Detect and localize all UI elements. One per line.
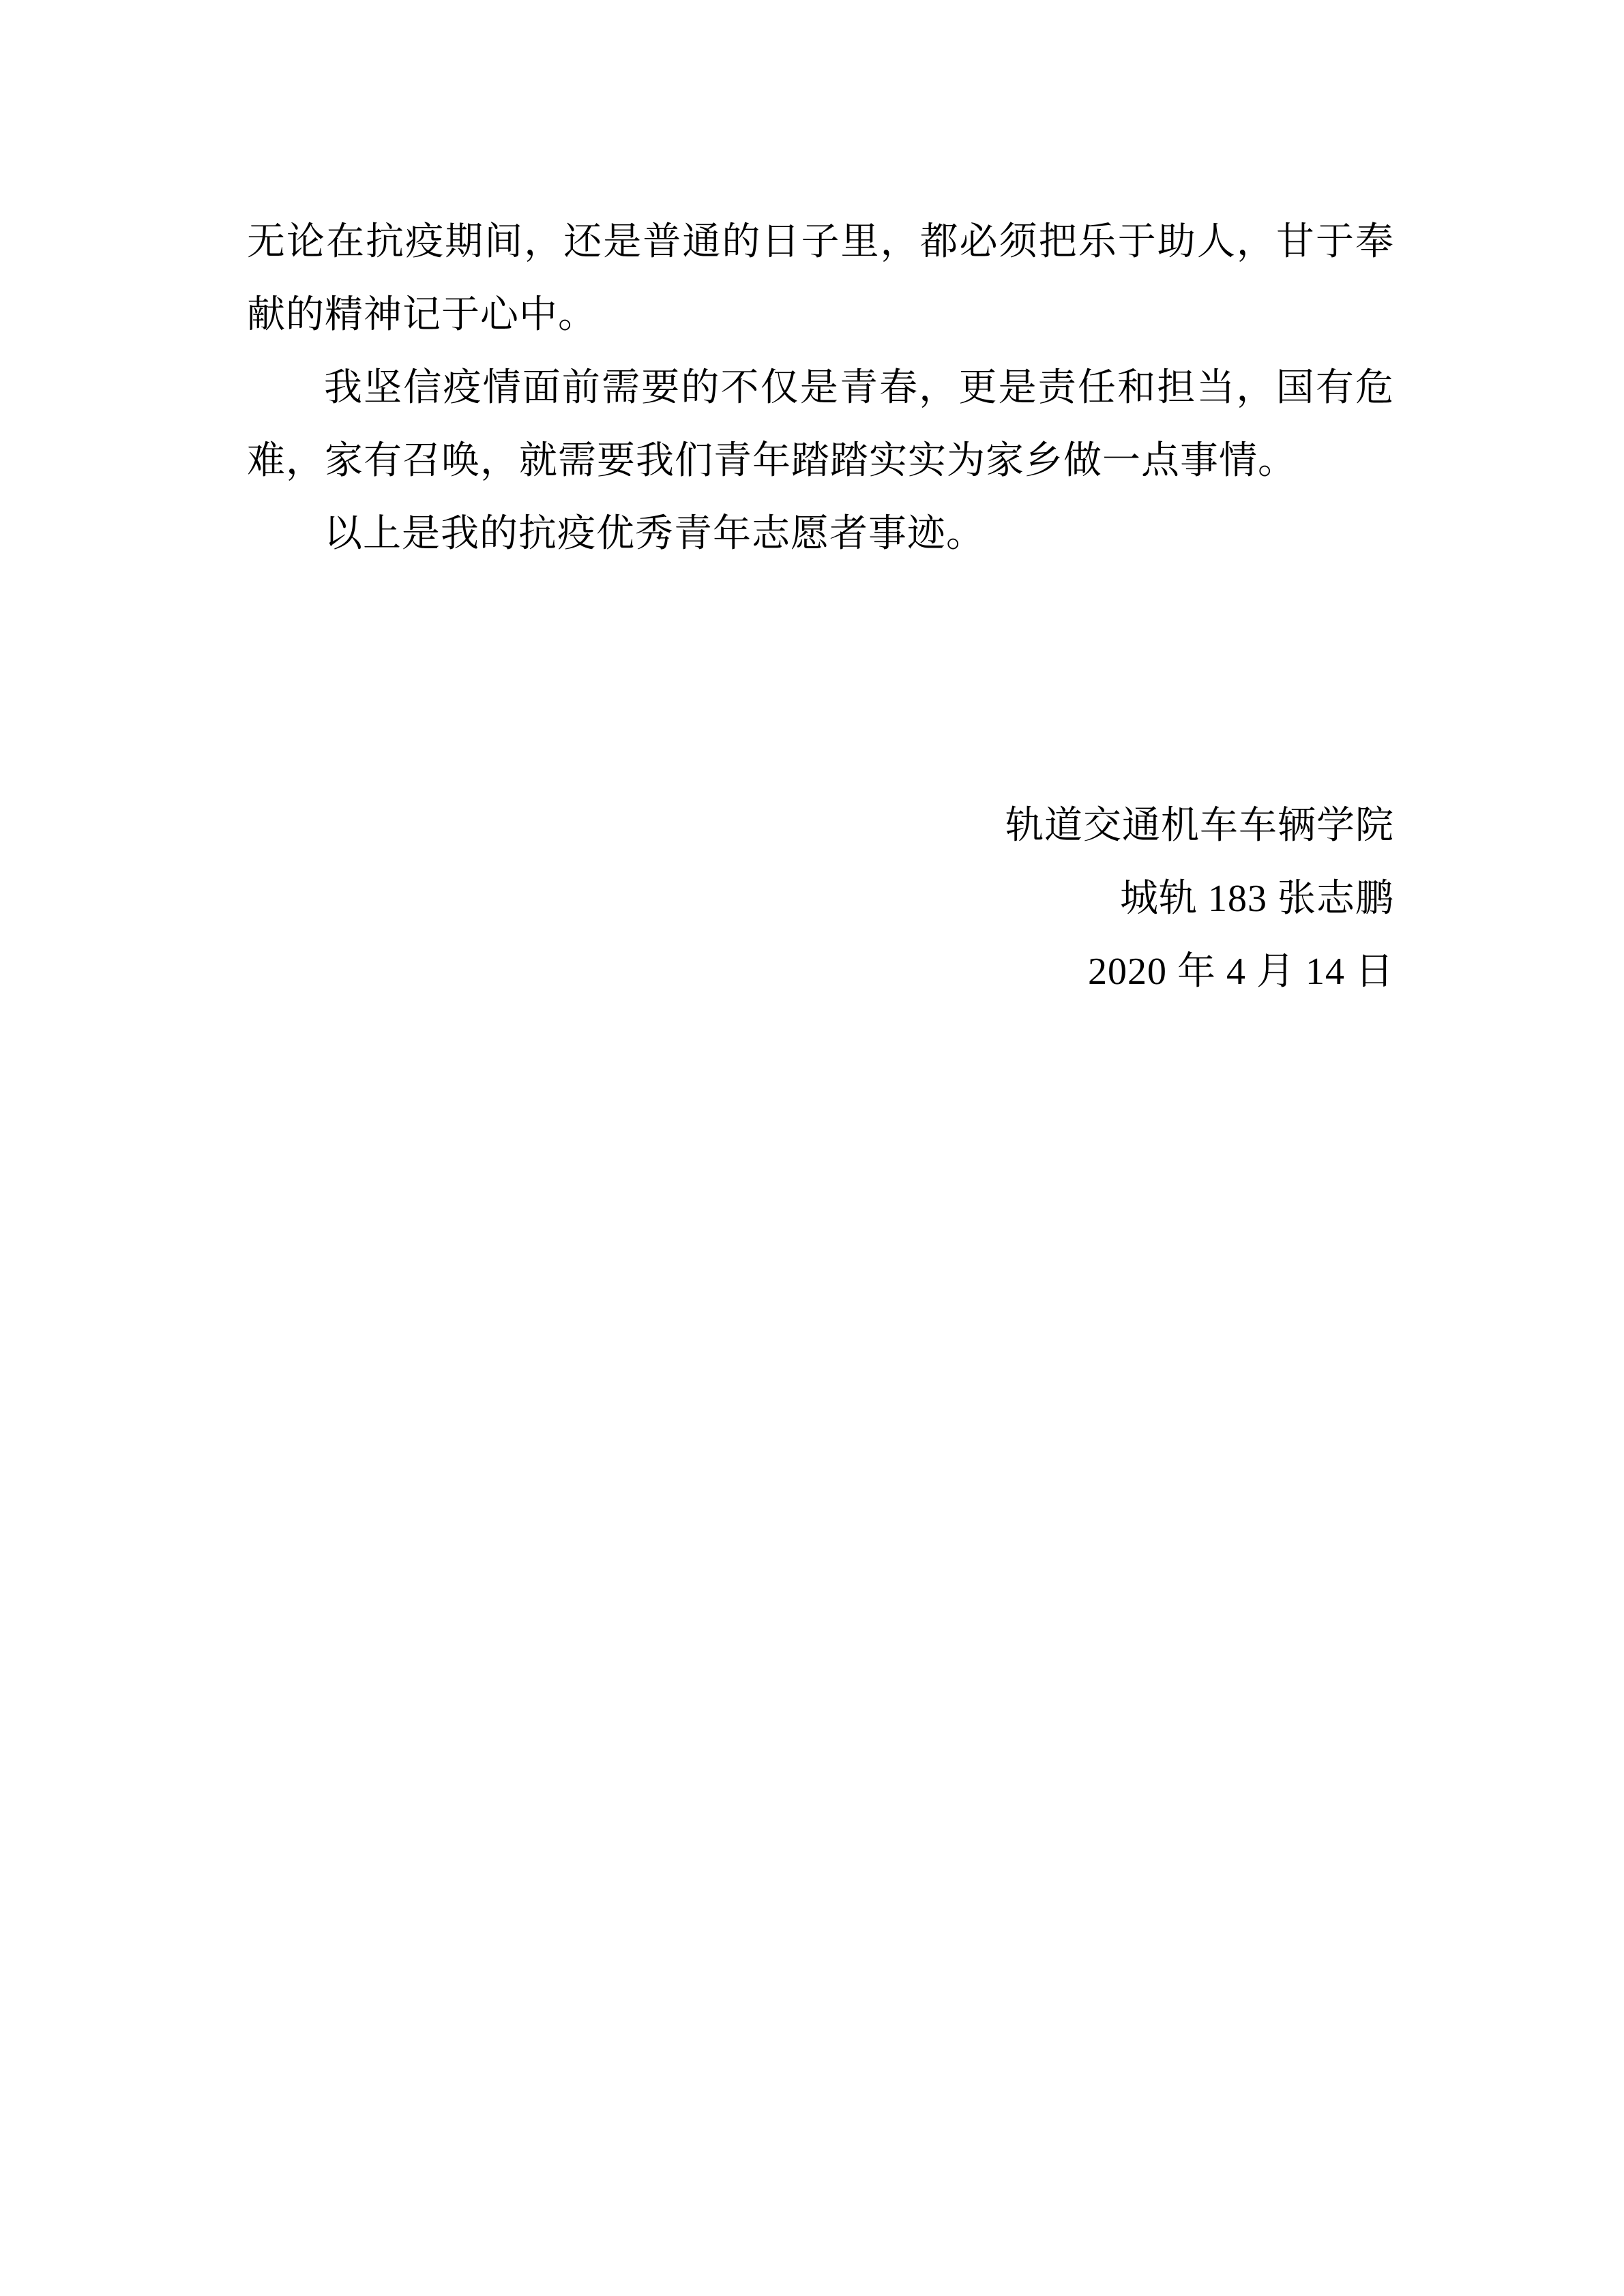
signature-date: 2020 年 4 月 14 日 [247, 936, 1394, 1009]
body-paragraph: 我坚信疫情面前需要的不仅是青春，更是责任和担当，国有危难，家有召唤，就需要我们青… [247, 352, 1394, 498]
signature-block: 轨道交通机车车辆学院 城轨 183 张志鹏 2020 年 4 月 14 日 [247, 790, 1394, 1009]
blank-space [247, 571, 1394, 790]
signature-class-and-name: 城轨 183 张志鹏 [247, 863, 1394, 936]
body-paragraph-closing: 以上是我的抗疫优秀青年志愿者事迹。 [247, 498, 1394, 571]
body-paragraph-continuation: 无论在抗疫期间，还是普通的日子里，都必须把乐于助人，甘于奉献的精神记于心中。 [247, 206, 1394, 352]
document-page: 无论在抗疫期间，还是普通的日子里，都必须把乐于助人，甘于奉献的精神记于心中。 我… [0, 0, 1624, 2296]
signature-institution: 轨道交通机车车辆学院 [247, 790, 1394, 863]
page-content: 无论在抗疫期间，还是普通的日子里，都必须把乐于助人，甘于奉献的精神记于心中。 我… [247, 206, 1394, 1009]
